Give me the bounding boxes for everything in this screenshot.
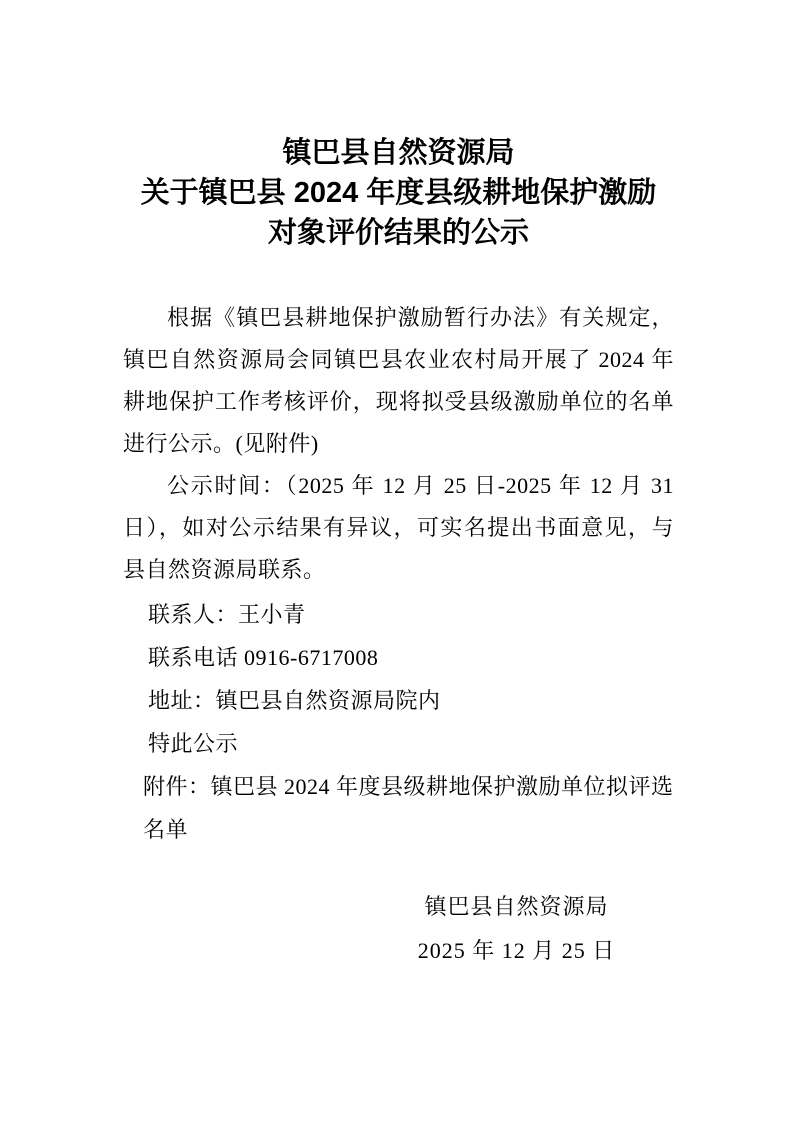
- contact-info-block: 联系人：王小青 联系电话 0916-6717008 地址：镇巴县自然资源局院内 …: [123, 593, 674, 765]
- attachment-line: 附件：镇巴县 2024 年度县级耕地保护激励单位拟评选名单: [143, 765, 674, 851]
- signature-block: 镇巴县自然资源局 2025 年 12 月 25 日: [123, 885, 674, 973]
- signature-date: 2025 年 12 月 25 日: [359, 929, 674, 973]
- title-line-subject-2: 对象评价结果的公示: [123, 213, 674, 253]
- title-line-org: 镇巴县自然资源局: [123, 133, 674, 173]
- contact-person-line: 联系人：王小青: [148, 593, 674, 636]
- document-page: 镇巴县自然资源局 关于镇巴县 2024 年度县级耕地保护激励 对象评价结果的公示…: [0, 0, 793, 1122]
- document-title: 镇巴县自然资源局 关于镇巴县 2024 年度县级耕地保护激励 对象评价结果的公示: [123, 133, 674, 253]
- hereby-announced-line: 特此公示: [148, 722, 674, 765]
- paragraph-basis: 根据《镇巴县耕地保护激励暂行办法》有关规定，镇巴自然资源局会同镇巴县农业农村局开…: [123, 297, 674, 465]
- contact-phone-line: 联系电话 0916-6717008: [148, 636, 674, 679]
- signature-org: 镇巴县自然资源局: [359, 885, 674, 929]
- paragraph-publicity-period: 公示时间：（2025 年 12 月 25 日-2025 年 12 月 31 日）…: [123, 465, 674, 591]
- title-line-subject: 关于镇巴县 2024 年度县级耕地保护激励: [123, 173, 674, 213]
- address-line: 地址：镇巴县自然资源局院内: [148, 679, 674, 722]
